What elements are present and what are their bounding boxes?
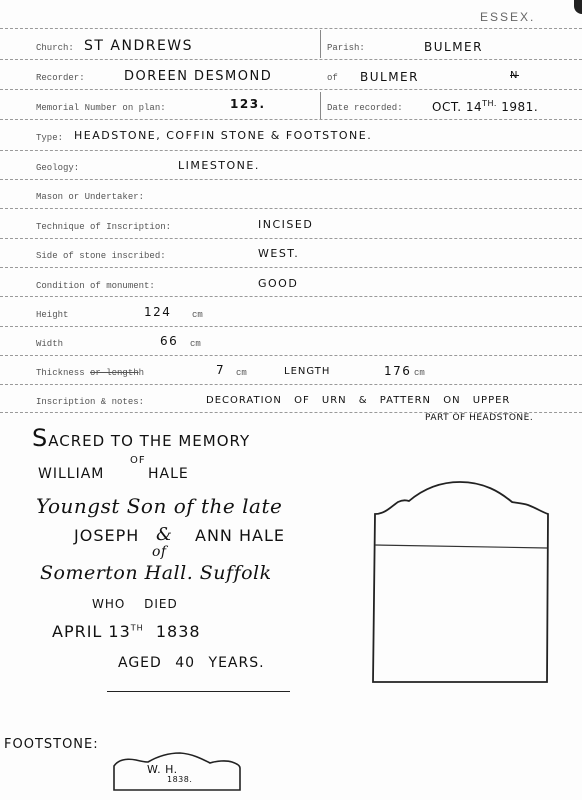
- technique-label: Technique of Inscription:: [36, 222, 171, 232]
- length-label: LENGTH: [284, 366, 330, 377]
- height-value: 124: [144, 305, 171, 319]
- rule: [0, 355, 582, 356]
- thickness-label: Thickness or lengthh: [36, 368, 144, 378]
- inscription-end-line: [107, 691, 290, 692]
- inscription-line2b: HALE: [148, 466, 189, 482]
- geology-label: Geology:: [36, 163, 79, 173]
- inscription-line1-text: ACRED TO THE MEMORY: [48, 432, 250, 450]
- inscription-line7: APRIL 13TH 1838: [52, 622, 201, 641]
- memorial-number-label: Memorial Number on plan:: [36, 103, 166, 113]
- column-divider: [320, 92, 321, 119]
- length-value: 176: [384, 364, 411, 378]
- parish-label: Parish:: [327, 43, 365, 53]
- recorder-of-value: BULMER: [360, 70, 419, 84]
- church-value: ST ANDREWS: [84, 38, 193, 54]
- county-label: ESSEX.: [480, 10, 535, 24]
- length-unit: cm: [414, 368, 425, 378]
- width-value: 66: [160, 334, 178, 348]
- rule: [0, 179, 582, 180]
- rule: [0, 296, 582, 297]
- geology-value: LIMESTONE.: [178, 159, 260, 172]
- date-recorded-value: OCT. 14TH. 1981.: [432, 99, 538, 114]
- inscription-line6: WHO DIED: [92, 597, 178, 611]
- inscription-line8: AGED 40 YEARS.: [118, 655, 265, 671]
- memorial-record-card: ESSEX. Church: ST ANDREWS Parish: BULMER…: [0, 0, 582, 800]
- footstone-year: 1838.: [167, 775, 192, 784]
- date-day: OCT. 14: [432, 100, 482, 114]
- inscription-year: 1838: [156, 622, 201, 641]
- date-suffix: TH.: [482, 99, 497, 108]
- condition-value: GOOD: [258, 277, 298, 290]
- thickness-value: 7: [216, 363, 225, 377]
- parish-value: BULMER: [424, 40, 483, 54]
- inscription-line4a: JOSEPH: [74, 526, 139, 545]
- inscription-initial-cap: S: [32, 424, 48, 452]
- footstone-outline-drawing: [112, 752, 244, 792]
- technique-value: INCISED: [258, 218, 313, 231]
- recorder-value: DOREEN DESMOND: [124, 69, 272, 84]
- date-year: 1981.: [501, 100, 538, 114]
- punch-hole-mark: [574, 0, 582, 14]
- thickness-unit: cm: [236, 368, 247, 378]
- side-value: WEST.: [258, 247, 299, 260]
- church-label: Church:: [36, 43, 74, 53]
- notes-label: Inscription & notes:: [36, 397, 144, 407]
- recorder-of-label: of: [327, 73, 338, 83]
- thickness-label-text: Thickness: [36, 368, 85, 378]
- rule: [0, 384, 582, 385]
- rule: [0, 326, 582, 327]
- mason-label: Mason or Undertaker:: [36, 192, 144, 202]
- thickness-struck-text: or length: [90, 368, 139, 378]
- notes-value-line2: PART OF HEADSTONE.: [425, 413, 533, 423]
- rule: [0, 238, 582, 239]
- width-label: Width: [36, 339, 63, 349]
- inscription-line4-amp: &: [156, 524, 173, 545]
- inscription-line2a: WILLIAM: [38, 466, 104, 482]
- memorial-number-value: 123.: [230, 97, 266, 111]
- condition-label: Condition of monument:: [36, 281, 155, 291]
- inscription-of-2: of: [152, 544, 167, 560]
- inscription-line1: SACRED TO THE MEMORY: [32, 424, 250, 452]
- width-unit: cm: [190, 339, 201, 349]
- inscription-line4b: ANN HALE: [195, 526, 285, 545]
- inscription-line3: Youngst Son of the late: [36, 494, 282, 518]
- notes-value-line1: DECORATION OF URN & PATTERN ON UPPER: [206, 395, 510, 406]
- rule: [0, 119, 582, 120]
- headstone-outline-drawing: [360, 470, 560, 690]
- rule: [0, 267, 582, 268]
- side-label: Side of stone inscribed:: [36, 251, 166, 261]
- column-divider: [320, 30, 321, 58]
- footstone-label: FOOTSTONE:: [4, 737, 99, 752]
- rule: [0, 28, 582, 29]
- rule: [0, 89, 582, 90]
- height-unit: cm: [192, 310, 203, 320]
- inscription-date-suffix: TH: [131, 624, 144, 633]
- type-label: Type:: [36, 133, 63, 143]
- inscription-date: APRIL 13: [52, 622, 131, 641]
- date-recorded-label: Date recorded:: [327, 103, 403, 113]
- thickness-label-tail: h: [139, 368, 144, 378]
- type-value: HEADSTONE, COFFIN STONE & FOOTSTONE.: [74, 129, 372, 142]
- inscription-line5: Somerton Hall. Suffolk: [40, 562, 272, 584]
- rule: [0, 208, 582, 209]
- inscription-of-1: OF: [130, 455, 146, 466]
- recorder-label: Recorder:: [36, 73, 85, 83]
- rule: [0, 150, 582, 151]
- height-label: Height: [36, 310, 68, 320]
- recorder-of-struck: N: [510, 70, 519, 81]
- rule: [0, 59, 582, 60]
